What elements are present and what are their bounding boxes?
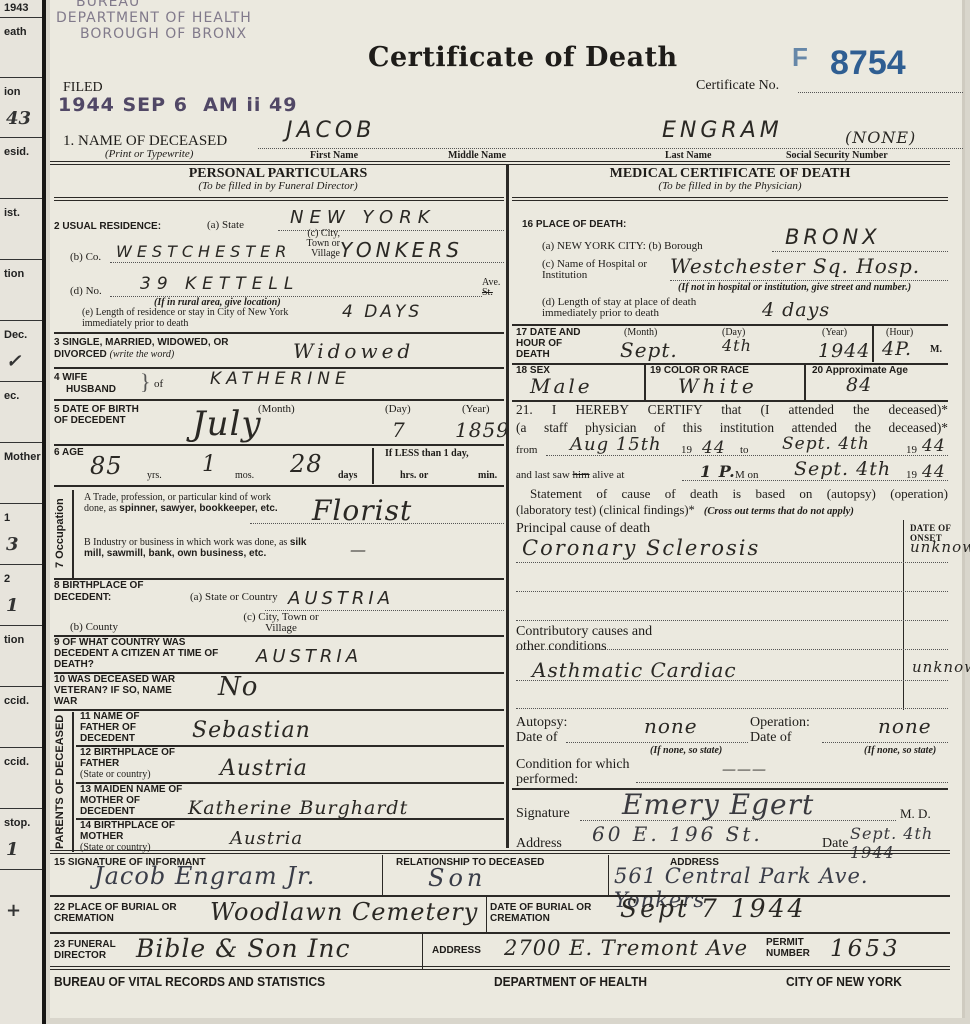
ledger-cell: tion — [0, 260, 42, 321]
divider — [54, 485, 504, 487]
name-line — [258, 148, 963, 149]
death-month-label: (Month) — [624, 327, 657, 338]
middle-name-label: Middle Name — [448, 150, 506, 161]
ledger-mark: 1 — [6, 595, 19, 616]
condition-label: Condition for which performed: — [516, 757, 656, 787]
principal-cause-label: Principal cause of death — [516, 521, 650, 537]
ledger-cell: 13 — [0, 504, 42, 565]
divider — [50, 161, 950, 165]
birthplace-city-label: (c) City, Town or Village — [236, 612, 326, 634]
st-label: St. — [482, 287, 493, 298]
month-label: (Month) — [258, 403, 295, 415]
husband-label: HUSBAND — [54, 384, 116, 396]
father-birth-text: 12 BIRTHPLACE OF FATHER — [80, 747, 180, 769]
dob-label: 5 DATE OF BIRTH OF DECEDENT — [54, 404, 144, 426]
contributory-value: Asthmatic Cardiac — [532, 658, 737, 682]
last-saw-row: and last saw him alive at — [516, 469, 624, 481]
to-value: Sept. 4th — [782, 434, 870, 454]
hrs-label: hrs. or — [400, 470, 428, 481]
ledger-cell: 1943 — [0, 0, 42, 18]
residence-label: 2 USUAL RESIDENCE: — [54, 221, 161, 232]
veteran-label: 10 WAS DECEASED WAR VETERAN? IF SO, NAME… — [54, 674, 194, 707]
autopsy-label: Autopsy: Date of — [516, 715, 576, 745]
ledger-label: Dec. — [4, 329, 27, 341]
marital-value: Widowed — [293, 339, 414, 363]
divider — [608, 855, 609, 895]
divider — [372, 448, 374, 484]
ledger-mark: 3 — [6, 534, 19, 555]
father-birth-label: 12 BIRTHPLACE OF FATHER (State or countr… — [80, 747, 180, 780]
footer-bureau: BUREAU OF VITAL RECORDS AND STATISTICS — [54, 974, 325, 989]
veteran-value: No — [218, 672, 258, 702]
hospital-label: (c) Name of Hospital or Institution — [542, 259, 652, 281]
death-hour-value: 4P. — [882, 338, 912, 360]
first-name-value: JACOB — [286, 118, 375, 143]
ssn-value: (NONE) — [845, 128, 916, 147]
year-label: (Year) — [462, 403, 490, 415]
cause-line — [516, 680, 948, 681]
ledger-mark: + — [6, 900, 21, 921]
state-label: (a) State — [207, 219, 244, 231]
from-value: Aug 15th — [570, 434, 662, 455]
alive-at-value: 1 P. — [700, 462, 736, 481]
physician-signature: Emery Egert — [622, 788, 814, 821]
divider — [54, 444, 504, 446]
divider — [872, 326, 874, 362]
birthplace-state-label: (a) State or Country — [190, 591, 290, 603]
autopsy-line — [566, 742, 748, 743]
citizenship-value: AUSTRIA — [256, 646, 362, 667]
bureau-stamp: BUREAU DEPARTMENT OF HEALTH BOROUGH OF B… — [56, 0, 252, 42]
death-certificate: BUREAU DEPARTMENT OF HEALTH BOROUGH OF B… — [50, 0, 965, 1018]
occupation-b-text: B Industry or business in which work was… — [84, 537, 287, 548]
ledger-label: ist. — [4, 207, 20, 219]
race-value: White — [678, 374, 758, 398]
age-days-value: 28 — [290, 450, 323, 478]
mother-birth-value: Austria — [230, 828, 303, 849]
state-value: NEW YORK — [290, 207, 436, 228]
cross-out-note: (Cross out terms that do not apply) — [704, 506, 854, 517]
divider — [422, 934, 423, 970]
yrs-label: yrs. — [147, 470, 162, 481]
ledger-label: esid. — [4, 146, 29, 158]
last-saw-date-value: Sept. 4th — [794, 458, 891, 480]
funeral-address-value: 2700 E. Tremont Ave — [504, 936, 748, 960]
spouse-label: 4 WIFE HUSBAND — [54, 372, 116, 396]
death-year-label: (Year) — [822, 327, 847, 338]
ledger-mark: 43 — [6, 108, 31, 129]
mother-birth-text: 14 BIRTHPLACE OF MOTHER — [80, 820, 180, 842]
divider — [382, 855, 383, 895]
length-label: (e) Length of residence or stay in City … — [82, 307, 330, 329]
birthplace-county-label: (b) County — [70, 621, 118, 633]
street-value: 39 KETTELL — [140, 274, 299, 294]
ledger-label: ccid. — [4, 695, 29, 707]
last-saw-pronoun: him — [573, 469, 590, 481]
occupation-a-label: A Trade, profession, or particular kind … — [84, 492, 284, 514]
funeral-director-value: Bible & Son Inc — [136, 934, 351, 963]
ledger-cell: ist. — [0, 199, 42, 260]
certificate-prefix: F — [792, 42, 808, 73]
ledger-label: 2 — [4, 573, 10, 585]
divider — [54, 332, 504, 334]
to-label: to — [740, 444, 749, 456]
stamp-line: BOROUGH OF BRONX — [56, 26, 252, 42]
occupation-a-examples: spinner, sawyer, bookkeeper, etc. — [119, 503, 277, 514]
min-label: min. — [478, 470, 497, 481]
column-divider — [506, 165, 509, 848]
ledger-label: ion — [4, 86, 21, 98]
sex-value: Male — [530, 374, 593, 398]
permit-label: PERMIT NUMBER — [766, 937, 816, 959]
name-sublabel: (Print or Typewrite) — [105, 148, 193, 160]
divider — [54, 197, 504, 201]
place-of-death-label: 16 PLACE OF DEATH: — [522, 219, 626, 230]
divider — [486, 896, 487, 932]
parents-side-label: PARENTS OF DECEASED — [54, 712, 66, 852]
ledger-cell: eath — [0, 18, 42, 78]
relationship-value: Son — [428, 864, 486, 892]
md-label: M. D. — [900, 806, 931, 822]
autopsy-value: none — [644, 714, 698, 738]
operation-none-note: (If none, so state) — [864, 745, 936, 756]
ledger-label: ec. — [4, 390, 19, 402]
father-value: Sebastian — [192, 718, 311, 743]
approx-age-value: 84 — [846, 374, 872, 396]
filed-stamp: 1944 SEP 6 AM ii 49 — [58, 94, 297, 116]
divider — [512, 197, 948, 201]
cause-line — [516, 620, 948, 621]
birthplace-label: 8 BIRTHPLACE OF DECEDENT: — [54, 580, 184, 604]
from-year-prefix: 19 — [681, 444, 692, 456]
burial-place-value: Woodlawn Cemetery — [210, 898, 478, 926]
personal-heading-block: PERSONAL PARTICULARS (To be filled in by… — [50, 166, 506, 192]
operation-value: none — [878, 714, 932, 738]
last-saw-year-value: 44 — [922, 462, 946, 482]
length-value: 4 DAYS — [342, 302, 422, 322]
informant-signature: Jacob Engram Jr. — [94, 862, 315, 890]
divider — [644, 364, 646, 400]
county-city-line — [110, 262, 504, 263]
ledger-label: ccid. — [4, 756, 29, 768]
ledger-cell: 21 — [0, 565, 42, 626]
death-hour-label: (Hour) — [886, 327, 913, 338]
ledger-label: eath — [4, 26, 27, 38]
ledger-label: 1 — [4, 512, 10, 524]
funeral-director-label: 23 FUNERAL DIRECTOR — [54, 939, 134, 961]
dob-month-value: July — [192, 404, 262, 444]
statement-line2-text: (laboratory test) (clinical findings)* — [516, 503, 695, 517]
stay-value: 4 days — [762, 299, 830, 321]
dob-day-value: 7 — [392, 418, 406, 442]
father-label: 11 NAME OF FATHER OF DECEDENT — [80, 711, 180, 744]
m-on-label: M on — [735, 469, 759, 481]
birthplace-state-value: AUSTRIA — [288, 588, 394, 609]
operation-line — [822, 742, 948, 743]
principal-cause-value: Coronary Sclerosis — [522, 536, 760, 560]
last-name-value: ENGRAM — [662, 118, 783, 143]
burial-date-label: DATE OF BURIAL OR CREMATION — [490, 902, 610, 924]
county-label: (b) Co. — [70, 251, 101, 263]
borough-value: BRONX — [785, 225, 881, 249]
principal-onset-value: unknown — [910, 538, 970, 556]
ledger-cell: ccid. — [0, 748, 42, 809]
meridiem-label: M. — [930, 344, 942, 355]
divider — [54, 399, 504, 401]
industry-value: — — [350, 540, 367, 559]
occupation-line — [250, 523, 504, 524]
burial-place-label: 22 PLACE OF BURIAL OR CREMATION — [54, 902, 194, 924]
ledger-label: 1943 — [4, 2, 28, 14]
age-years-value: 85 — [90, 452, 123, 480]
permit-value: 1653 — [830, 936, 901, 962]
signature-label: Signature — [516, 806, 570, 822]
number-label: (d) No. — [70, 285, 102, 297]
cause-line — [516, 591, 948, 592]
ledger-cell: stop.1 — [0, 809, 42, 870]
ledger-label: Mother — [4, 451, 41, 463]
borough-line — [772, 251, 948, 252]
divider — [50, 895, 950, 897]
dob-year-value: 1859 — [455, 418, 510, 442]
ledger-label: tion — [4, 268, 24, 280]
condition-line — [636, 782, 948, 783]
occupation-side-label: 7 Occupation — [54, 488, 66, 578]
age-label: 6 AGE — [54, 447, 84, 458]
father-birth-hint: (State or country) — [80, 769, 180, 780]
ledger-cell: Dec.✓ — [0, 321, 42, 382]
to-year-prefix: 19 — [906, 444, 917, 456]
divider — [50, 966, 950, 970]
divider — [72, 490, 74, 578]
physician-address-value: 60 E. 196 St. — [592, 822, 763, 846]
last-saw-year-prefix: 19 — [906, 469, 917, 481]
hospital-value: Westchester Sq. Hosp. — [670, 254, 920, 278]
father-birth-value: Austria — [220, 756, 308, 781]
certificate-no-label: Certificate No. — [696, 78, 779, 94]
cause-line — [516, 649, 948, 650]
divider — [512, 324, 948, 326]
checkmark-icon: ✓ — [6, 351, 21, 372]
certificate-title: Certificate of Death — [368, 42, 678, 73]
brace: } — [140, 369, 151, 395]
wife-label: 4 WIFE — [54, 372, 116, 384]
nyc-borough-label: (a) NEW YORK CITY: (b) Borough — [542, 240, 703, 252]
hospital-note: (If not in hospital or institution, give… — [678, 282, 911, 293]
mother-label: 13 MAIDEN NAME OF MOTHER OF DECEDENT — [80, 784, 185, 817]
city-label: (c) City, Town or Village — [300, 229, 340, 259]
personal-subheading: (To be filled in by Funeral Director) — [50, 180, 506, 192]
from-label: from — [516, 444, 537, 456]
to-year-value: 44 — [922, 436, 946, 456]
burial-date-value: Sept 7 1944 — [620, 894, 806, 923]
less-than-day-label: If LESS than 1 day, — [385, 448, 469, 459]
death-month-value: Sept. — [620, 338, 678, 362]
stay-label: (d) Length of stay at place of death imm… — [542, 297, 732, 319]
city-value: YONKERS — [340, 238, 463, 262]
certificate-number: 8754 — [830, 44, 906, 83]
marital-label: 3 SINGLE, MARRIED, WIDOWED, OR DIVORCED … — [54, 337, 244, 361]
onset-divider — [903, 520, 904, 710]
funeral-address-label: ADDRESS — [432, 945, 481, 956]
stamp-line: BUREAU — [56, 0, 252, 10]
ledger-cell: Mother — [0, 443, 42, 504]
signature-date-value: Sept. 4th 1944 — [850, 824, 962, 862]
mother-birth-label: 14 BIRTHPLACE OF MOTHER (State or countr… — [80, 820, 180, 853]
statement-line2: (laboratory test) (clinical findings)* (… — [516, 503, 854, 518]
ledger-cell: ion43 — [0, 78, 42, 138]
divider — [50, 850, 950, 854]
first-name-label: First Name — [310, 150, 358, 161]
footer-city: CITY OF NEW YORK — [786, 974, 902, 989]
medical-heading-block: MEDICAL CERTIFICATE OF DEATH (To be fill… — [510, 166, 950, 192]
mother-value: Katherine Burghardt — [188, 797, 408, 819]
ledger-label: stop. — [4, 817, 30, 829]
hospital-line — [670, 280, 948, 281]
mos-label: mos. — [235, 470, 254, 481]
ledger-label: tion — [4, 634, 24, 646]
ledger-cell: ccid. — [0, 687, 42, 748]
contributory-onset-value: unknown — [912, 658, 970, 676]
ssn-label: Social Security Number — [786, 150, 888, 161]
county-value: WESTCHESTER — [116, 242, 291, 261]
ledger-cell: + — [0, 870, 42, 931]
ledger-strip: 1943 eath ion43 esid. ist. tion Dec.✓ ec… — [0, 0, 46, 1024]
marital-hint: (write the word) — [110, 349, 175, 360]
ledger-mark: 1 — [6, 839, 19, 860]
death-year-value: 1944 — [818, 340, 870, 362]
last-saw-label: and last saw — [516, 469, 570, 481]
cause-line — [516, 562, 948, 563]
age-months-value: 1 — [202, 452, 217, 477]
death-date-label: 17 DATE AND HOUR OF DEATH — [516, 327, 586, 360]
stamp-line: DEPARTMENT OF HEALTH — [56, 10, 252, 26]
from-year-value: 44 — [702, 438, 726, 458]
footer-department: DEPARTMENT OF HEALTH — [494, 974, 647, 989]
certify-line1: 21. I HEREBY CERTIFY that (I attended th… — [516, 402, 948, 418]
ledger-cell: esid. — [0, 138, 42, 199]
citizenship-label: 9 OF WHAT COUNTRY WAS DECEDENT A CITIZEN… — [54, 637, 224, 670]
last-name-label: Last Name — [665, 150, 711, 161]
alive-at-label: alive at — [592, 469, 624, 481]
occupation-b-label: B Industry or business in which work was… — [84, 537, 324, 559]
of-label: of — [154, 378, 163, 390]
condition-value: ——— — [722, 762, 767, 778]
cause-line — [516, 708, 948, 709]
spouse-value: KATHERINE — [210, 369, 351, 389]
statement-line: Statement of cause of death is based on … — [530, 486, 948, 502]
ledger-cell: tion — [0, 626, 42, 687]
day-label: (Day) — [385, 403, 411, 415]
medical-subheading: (To be filled in by the Physician) — [510, 180, 950, 192]
divider — [804, 364, 806, 400]
death-day-value: 4th — [722, 336, 752, 355]
certificate-no-line — [798, 92, 963, 93]
divider — [72, 712, 74, 852]
ledger-cell: ec. — [0, 382, 42, 443]
days-label: days — [338, 470, 357, 481]
operation-label: Operation: Date of — [750, 715, 820, 745]
autopsy-none-note: (If none, so state) — [650, 745, 722, 756]
